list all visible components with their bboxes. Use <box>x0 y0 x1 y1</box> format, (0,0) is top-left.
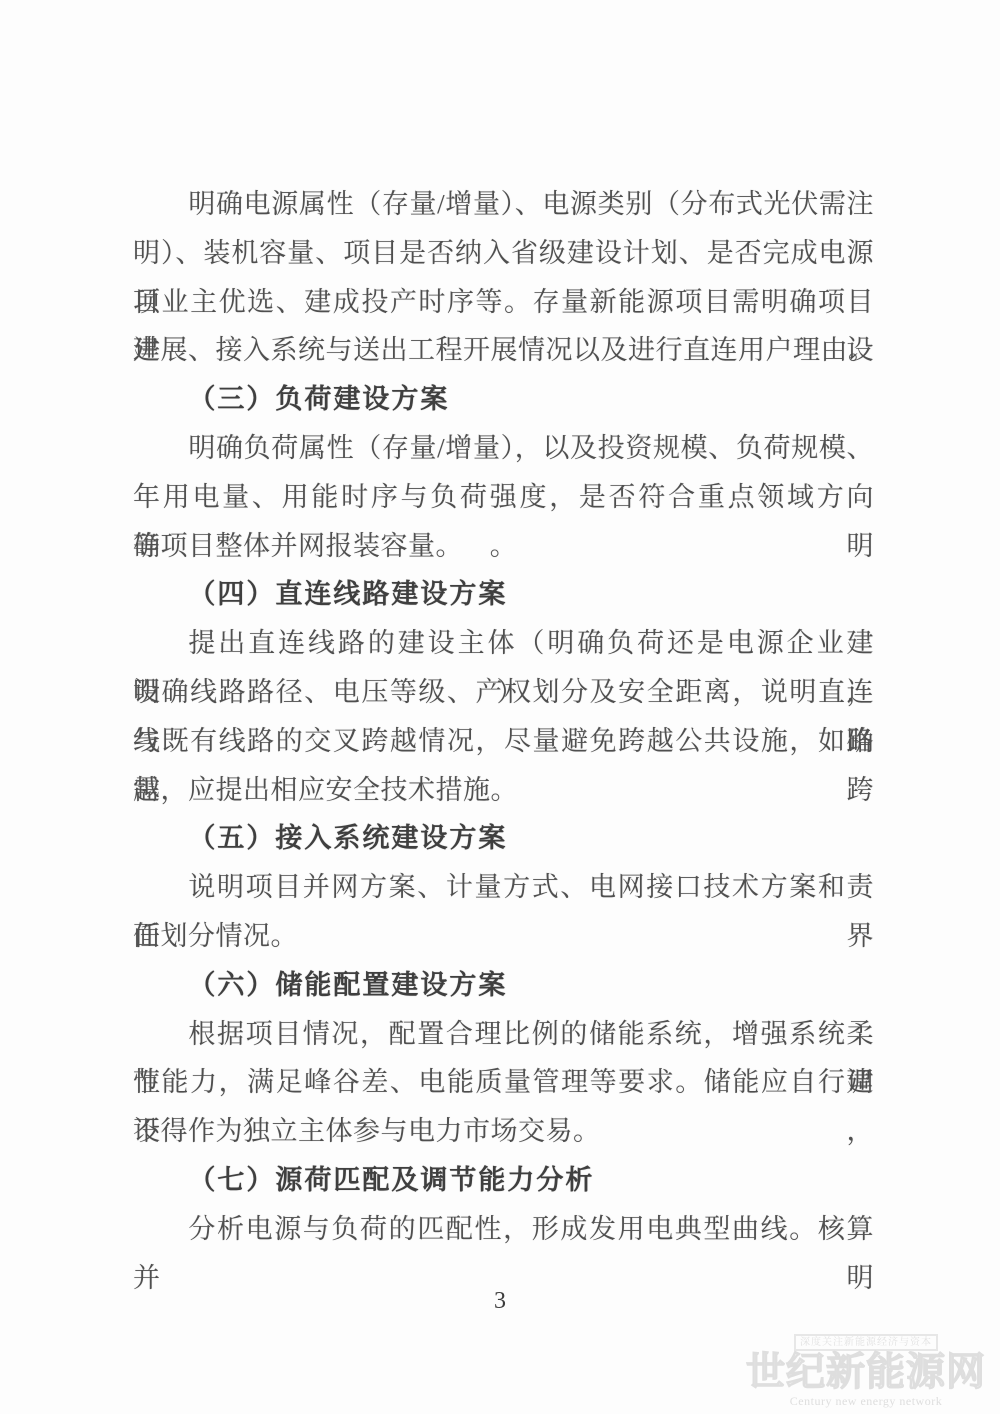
paragraph-line: 明确负荷属性（存量/增量），以及投资规模、负荷规模、 <box>133 424 874 473</box>
watermark: 深度关注新能源经济与资本 世纪新能源网 Century new energy n… <box>746 1332 986 1408</box>
watermark-tagline: 深度关注新能源经济与资本 <box>794 1334 938 1351</box>
paragraph-line: 进展、接入系统与送出工程开展情况以及进行直连用户理由。 <box>133 326 874 375</box>
paragraph-line: 分析电源与负荷的匹配性，形成发用电典型曲线。核算并明 <box>133 1205 874 1254</box>
paragraph-line: 节能力，满足峰谷差、电能质量管理等要求。储能应自行建设， <box>133 1058 874 1107</box>
section-heading-storage-plan: （六）储能配置建设方案 <box>133 961 874 1010</box>
paragraph-line: 与既有线路的交叉跨越情况，尽量避免跨越公共设施，如确需跨 <box>133 717 874 766</box>
watermark-subtitle: Century new energy network <box>746 1394 986 1408</box>
watermark-brand: 世纪新能源网 <box>746 1352 986 1394</box>
document-body: 明确电源属性（存量/增量）、电源类别（分布式光伏需注 明）、装机容量、项目是否纳… <box>133 180 874 1254</box>
paragraph-line: 明）、装机容量、项目是否纳入省级建设计划、是否完成电源项 <box>133 229 874 278</box>
section-heading-source-load-analysis: （七）源荷匹配及调节能力分析 <box>133 1156 874 1205</box>
section-heading-grid-connection-plan: （五）接入系统建设方案 <box>133 814 874 863</box>
page-number: 3 <box>0 1288 1000 1315</box>
section-heading-direct-line-plan: （四）直连线路建设方案 <box>133 570 874 619</box>
paragraph-line: 目业主优选、建成投产时序等。存量新能源项目需明确项目建设 <box>133 278 874 327</box>
section-heading-load-plan: （三）负荷建设方案 <box>133 375 874 424</box>
paragraph-line: 明确线路路径、电压等级、产权划分及安全距离，说明直连线路 <box>133 668 874 717</box>
paragraph-line: 说明项目并网方案、计量方式、电网接口技术方案和责任界 <box>133 863 874 912</box>
paragraph-line: 年用电量、用能时序与负荷强度，是否符合重点领域方向等。明 <box>133 473 874 522</box>
paragraph-line: 根据项目情况，配置合理比例的储能系统，增强系统柔性调 <box>133 1010 874 1059</box>
paragraph-line: 明确电源属性（存量/增量）、电源类别（分布式光伏需注 <box>133 180 874 229</box>
paragraph-line: 提出直连线路的建设主体（明确负荷还是电源企业建设）， <box>133 619 874 668</box>
document-page: 明确电源属性（存量/增量）、电源类别（分布式光伏需注 明）、装机容量、项目是否纳… <box>0 0 1000 1414</box>
